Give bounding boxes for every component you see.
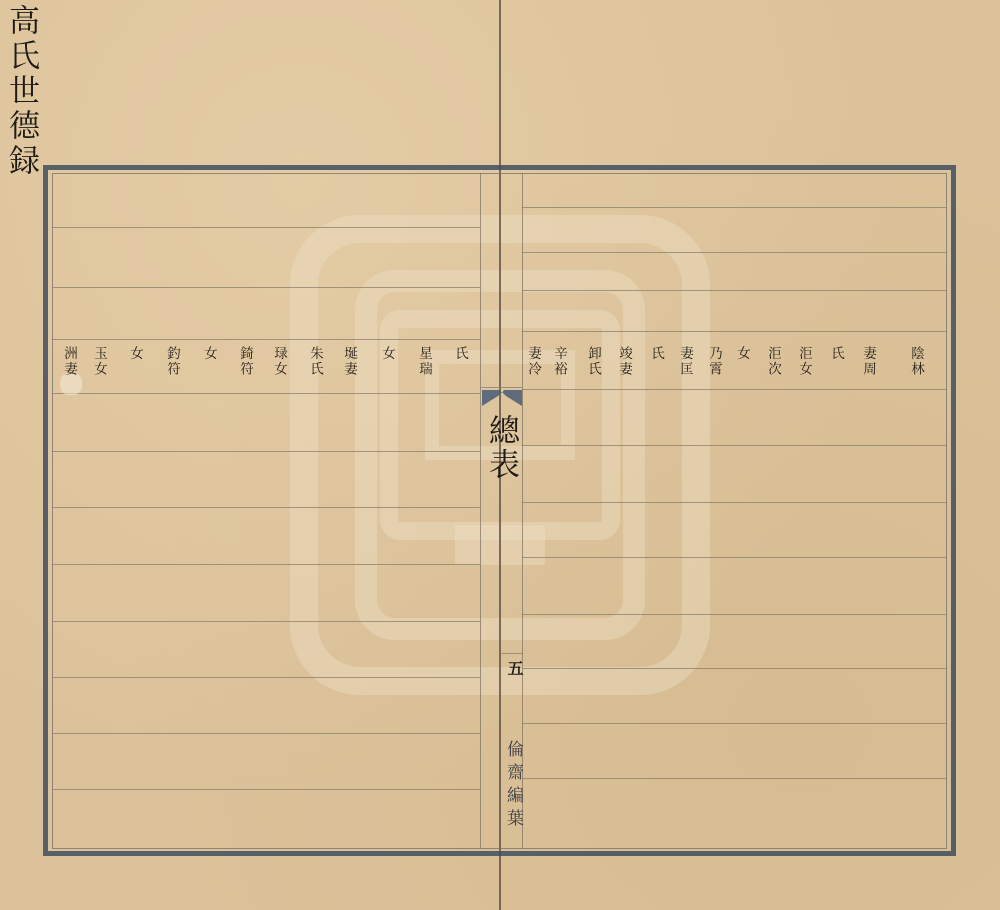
rule-line xyxy=(522,290,946,291)
center-column-left-rule xyxy=(480,173,481,849)
register-entry: 洲妻 xyxy=(61,346,77,377)
rule-line xyxy=(522,331,946,332)
rule-line xyxy=(53,733,480,734)
register-entry: 竣妻 xyxy=(616,346,632,377)
rule-line xyxy=(53,621,480,622)
rule-line xyxy=(53,789,480,790)
register-entry: 妻冷 xyxy=(525,346,541,377)
register-entry: 氏 xyxy=(648,346,664,362)
rule-line xyxy=(522,557,946,558)
rule-line xyxy=(53,677,480,678)
register-entry: 錡符 xyxy=(237,346,253,377)
register-entry: 乃霄 xyxy=(706,346,722,377)
register-entry: 釣符 xyxy=(164,346,180,377)
rule-line xyxy=(522,614,946,615)
register-entry: 妻周 xyxy=(860,346,876,377)
rule-line xyxy=(522,723,946,724)
register-entry: 陰林 xyxy=(908,346,924,377)
register-entry: 洰女 xyxy=(796,346,812,377)
register-entry: 玉女 xyxy=(91,346,107,377)
rule-line xyxy=(522,502,946,503)
register-entry: 女 xyxy=(127,346,143,362)
center-column-divider xyxy=(480,387,522,388)
rule-line xyxy=(522,778,946,779)
register-entry: 卸氏 xyxy=(585,346,601,377)
rule-line xyxy=(53,564,480,565)
register-entry: 妻匡 xyxy=(677,346,693,377)
page-number: 五 xyxy=(496,660,526,676)
section-title: 總表 xyxy=(480,414,522,482)
register-entry: 星瑞 xyxy=(416,346,432,377)
register-entry: 女 xyxy=(734,346,750,362)
register-entry: 辛裕 xyxy=(551,346,567,377)
rule-line xyxy=(522,389,946,390)
book-title: 高氏世德録 xyxy=(0,4,42,179)
register-entry: 洰次 xyxy=(765,346,781,377)
register-entry: 氏 xyxy=(452,346,468,362)
register-entry: 埏妻 xyxy=(341,346,357,377)
publisher-mark: 倫齋編葉 xyxy=(496,740,526,832)
rule-line xyxy=(522,445,946,446)
rule-line xyxy=(53,287,480,288)
register-entry: 朱氏 xyxy=(307,346,323,377)
rule-line xyxy=(53,227,480,228)
rule-line xyxy=(53,339,480,340)
register-entry: 女 xyxy=(379,346,395,362)
register-entry: 氏 xyxy=(828,346,844,362)
rule-line xyxy=(522,207,946,208)
register-entry: 女 xyxy=(201,346,217,362)
fishtail-ornament-icon xyxy=(482,390,522,408)
rule-line xyxy=(522,668,946,669)
rule-line xyxy=(53,451,480,452)
center-column-divider xyxy=(500,653,522,654)
rule-line xyxy=(53,393,480,394)
rule-line xyxy=(522,252,946,253)
register-entry: 琭女 xyxy=(271,346,287,377)
rule-line xyxy=(53,507,480,508)
